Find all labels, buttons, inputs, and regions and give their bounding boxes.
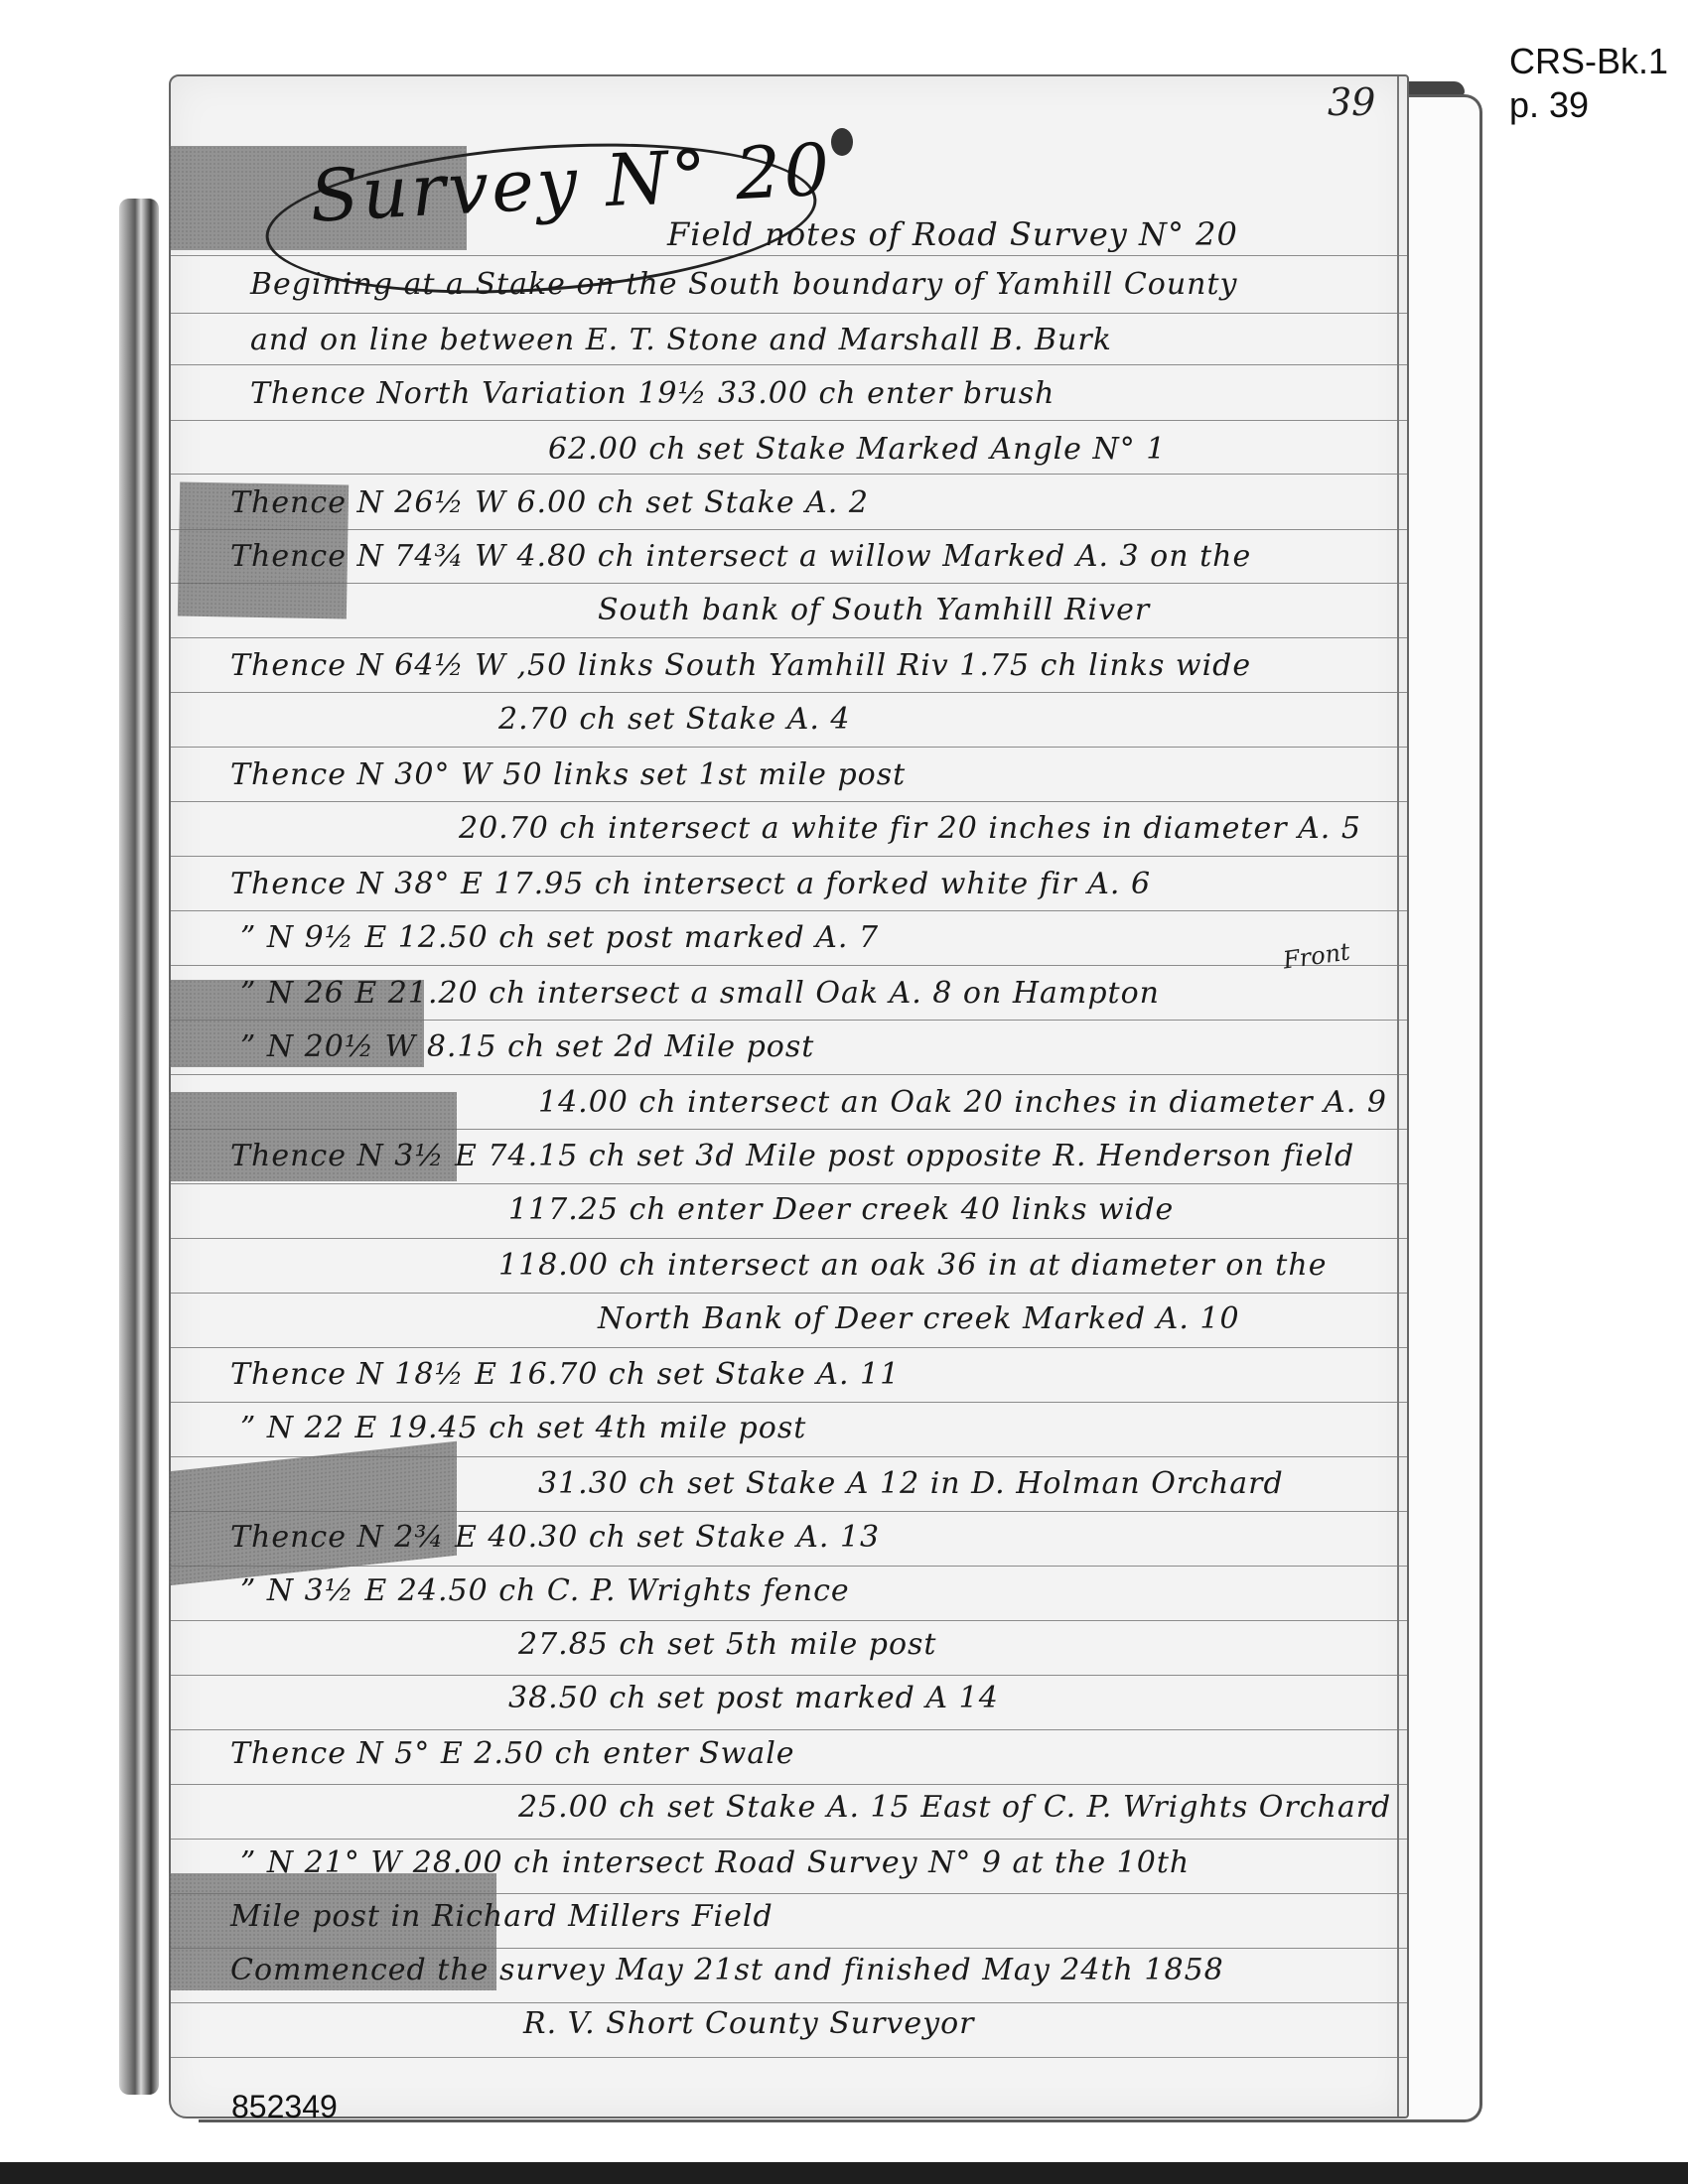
survey-line: Thence N 5° E 2.50 ch enter Swale [230,1736,795,1771]
survey-line: 20.70 ch intersect a white fir 20 inches… [459,811,1361,846]
survey-line: 62.00 ch set Stake Marked Angle N° 1 [548,432,1166,467]
survey-line: North Bank of Deer creek Marked A. 10 [598,1301,1240,1336]
survey-line: 117.25 ch enter Deer creek 40 links wide [508,1192,1174,1227]
scan-border [0,2162,1688,2184]
survey-line: Thence N 64½ W ,50 links South Yamhill R… [230,648,1251,683]
ruled-line [171,474,1407,475]
ruled-line [171,910,1407,911]
survey-line: Thence N 30° W 50 links set 1st mile pos… [230,757,906,792]
ruled-line [171,2057,1407,2058]
survey-line: Thence North Variation 19½ 33.00 ch ente… [250,376,1055,411]
ruled-line [171,1238,1407,1239]
survey-line: 14.00 ch intersect an Oak 20 inches in d… [538,1085,1387,1120]
survey-line: Thence N 2¾ E 40.30 ch set Stake A. 13 [230,1520,880,1555]
archive-book-label: CRS-Bk.1 [1509,40,1668,83]
archive-reference: CRS-Bk.1 p. 39 [1509,40,1668,127]
book-spine [119,199,159,2095]
survey-line: 25.00 ch set Stake A. 15 East of C. P. W… [518,1790,1391,1825]
survey-line: 27.85 ch set 5th mile post [518,1627,936,1662]
survey-line: Mile post in Richard Millers Field [230,1899,774,1934]
ruled-line [171,1183,1407,1184]
ruled-line [171,801,1407,802]
ruled-line [171,1293,1407,1294]
tape-strip [169,1441,457,1585]
ruled-line [171,529,1407,530]
ruled-line [171,747,1407,748]
survey-line: Thence N 3½ E 74.15 ch set 3d Mile post … [230,1139,1354,1173]
page-number: 39 [1328,80,1375,124]
survey-line: and on line between E. T. Stone and Mars… [250,323,1112,357]
ruled-line [171,420,1407,421]
signature-line: R. V. Short County Surveyor [523,2006,975,2041]
ruled-line [171,1620,1407,1621]
margin-note: Front [1281,937,1351,974]
ruled-line [171,1839,1407,1840]
survey-line: Thence N 38° E 17.95 ch intersect a fork… [230,867,1151,901]
survey-line: 38.50 ch set post marked A 14 [508,1681,999,1715]
survey-line: Begining at a Stake on the South boundar… [250,267,1238,302]
ruled-line [171,364,1407,365]
ruled-line [171,1675,1407,1676]
survey-line: ” N 22 E 19.45 ch set 4th mile post [240,1411,806,1445]
heading: Field notes of Road Survey N° 20 [667,215,1238,253]
ruled-line [171,637,1407,638]
ledger-page: 39 Survey N° 20 Field notes of Road Surv… [169,74,1409,2118]
ruled-line [171,1074,1407,1075]
survey-line: ” N 3½ E 24.50 ch C. P. Wrights fence [240,1573,850,1608]
survey-line: 31.30 ch set Stake A 12 in D. Holman Orc… [538,1466,1284,1501]
survey-line: ” N 26 E 21.20 ch intersect a small Oak … [240,976,1160,1011]
survey-line: South bank of South Yamhill River [598,593,1150,627]
archive-page-label: p. 39 [1509,83,1668,127]
ruled-line [171,856,1407,857]
survey-line: 2.70 ch set Stake A. 4 [498,702,851,737]
ruled-line [171,965,1407,966]
survey-line: ” N 21° W 28.00 ch intersect Road Survey… [240,1845,1190,1880]
survey-line: 118.00 ch intersect an oak 36 in at diam… [498,1248,1327,1283]
ruled-line [171,1784,1407,1785]
survey-line: Commenced the survey May 21st and finish… [230,1953,1224,1987]
accession-number: 852349 [231,2089,338,2125]
ruled-line [171,1347,1407,1348]
survey-line: Thence N 18½ E 16.70 ch set Stake A. 11 [230,1357,900,1392]
survey-line: Thence N 26½ W 6.00 ch set Stake A. 2 [230,485,869,520]
ruled-line [171,313,1407,314]
survey-line: ” N 20½ W 8.15 ch set 2d Mile post [240,1029,814,1064]
right-margin-rule [1397,76,1399,2116]
survey-line: ” N 9½ E 12.50 ch set post marked A. 7 [240,920,879,955]
ink-blot [831,128,853,156]
survey-line: Thence N 74¾ W 4.80 ch intersect a willo… [230,539,1251,574]
ruled-line [171,583,1407,584]
ruled-line [171,2002,1407,2003]
ruled-line [171,1402,1407,1403]
ruled-line [171,692,1407,693]
ruled-line [171,1729,1407,1730]
